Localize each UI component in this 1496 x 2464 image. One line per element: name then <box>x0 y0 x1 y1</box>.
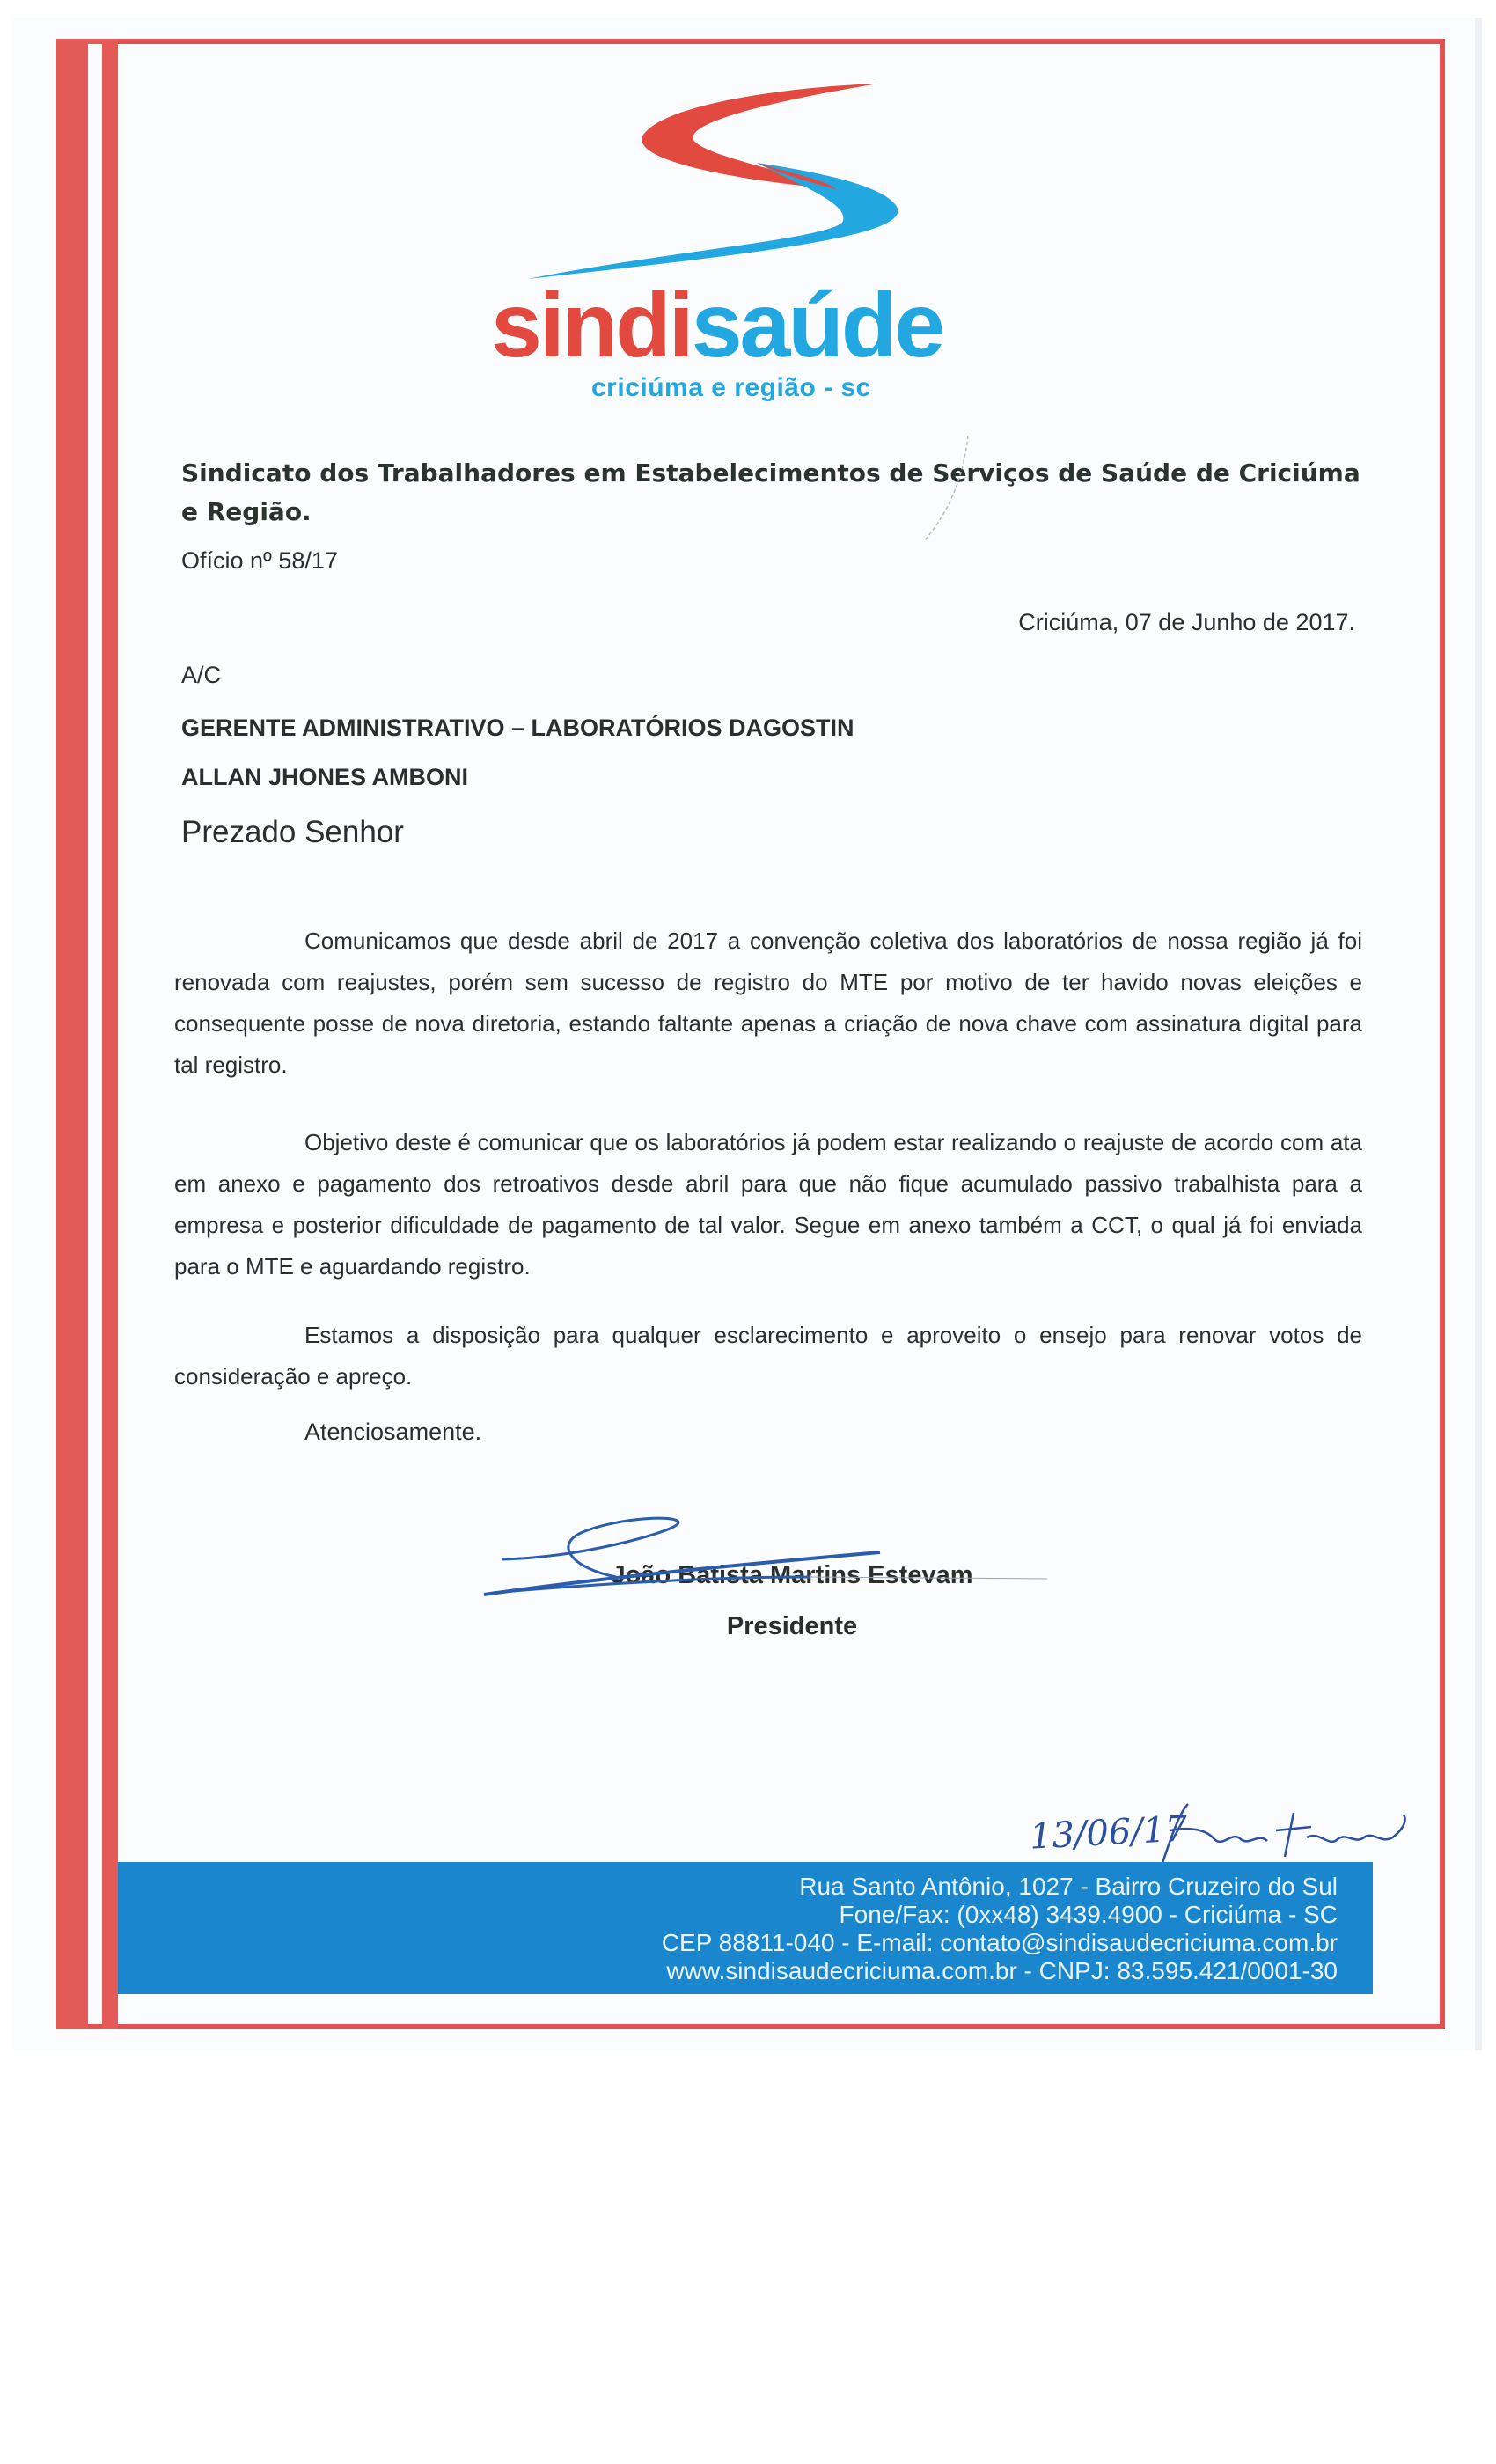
footer-contact-info: Rua Santo Antônio, 1027 - Bairro Cruzeir… <box>662 1873 1338 1985</box>
footer-address: Rua Santo Antônio, 1027 - Bairro Cruzeir… <box>662 1873 1338 1901</box>
logo-swoosh-icon <box>493 75 933 286</box>
logo-word-sindi: sindi <box>491 275 692 377</box>
body-paragraph: Estamos a disposição para qualquer escla… <box>174 1315 1362 1397</box>
handwritten-signature-icon <box>475 1507 1074 1603</box>
scan-edge <box>1475 18 1482 2050</box>
organization-name: Sindicato dos Trabalhadores em Estabelec… <box>181 454 1360 532</box>
footer-website-cnpj: www.sindisaudecriciuma.com.br - CNPJ: 83… <box>662 1957 1338 1985</box>
frame-left-bar-thick <box>56 39 88 2029</box>
letter-date: Criciúma, 07 de Junho de 2017. <box>1018 609 1355 636</box>
oficio-number: Ofício nº 58/17 <box>181 547 338 575</box>
recipient-role: GERENTE ADMINISTRATIVO – LABORATÓRIOS DA… <box>181 715 854 742</box>
body-paragraph: Comunicamos que desde abril de 2017 a co… <box>174 920 1362 1086</box>
footer-contact-band: Rua Santo Antônio, 1027 - Bairro Cruzeir… <box>118 1862 1373 1994</box>
recipient-name: ALLAN JHONES AMBONI <box>181 764 468 791</box>
signer-title: Presidente <box>493 1612 1091 1641</box>
footer-phone: Fone/Fax: (0xx48) 3439.4900 - Criciúma -… <box>662 1901 1338 1929</box>
logo-wordmark: sindisaúde <box>491 280 942 371</box>
closing: Atenciosamente. <box>304 1419 481 1446</box>
footer-cep-email: CEP 88811-040 - E-mail: contato@sindisau… <box>662 1929 1338 1957</box>
logo-word-saude: saúde <box>692 275 943 377</box>
frame-top-connector <box>88 39 102 44</box>
attention-label: A/C <box>181 662 221 689</box>
frame-left-bar-thin <box>102 39 118 2029</box>
paper-fold-mark <box>915 431 986 546</box>
logo-subtitle: criciúma e região - sc <box>591 373 871 403</box>
greeting: Prezado Senhor <box>181 815 404 850</box>
body-paragraph: Objetivo deste é comunicar que os labora… <box>174 1122 1362 1287</box>
